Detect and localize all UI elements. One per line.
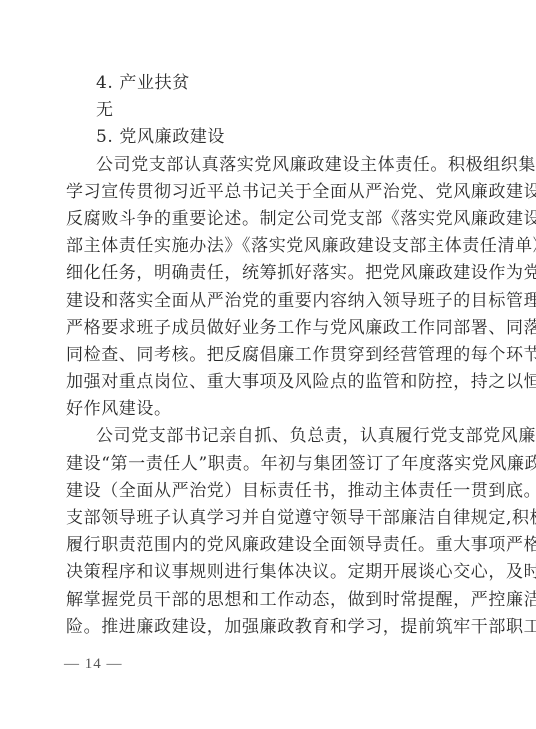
text-line: 建设（全面从严治党）目标责任书，推动主体责任一贯到底。党 (66, 478, 452, 505)
heading-line: 5. 党风廉政建设 (66, 124, 452, 151)
text-line: 支部领导班子认真学习并自觉遵守领导干部廉洁自律规定,积极 (66, 505, 452, 532)
text-line: 险。推进廉政建设，加强廉政教育和学习，提前筑牢干部职工廉 (66, 614, 452, 641)
text-line: 建设和落实全面从严治党的重要内容纳入领导班子的目标管理， (66, 288, 452, 315)
heading-line: 无 (66, 97, 452, 124)
page-number: — 14 — (64, 656, 123, 673)
text-line: 解掌握党员干部的思想和工作动态，做到时常提醒，严控廉洁风 (66, 587, 452, 614)
text-line: 决策程序和议事规则进行集体决议。定期开展谈心交心，及时了 (66, 559, 452, 586)
text-line: 同检查、同考核。把反腐倡廉工作贯穿到经营管理的每个环节， (66, 342, 452, 369)
text-line: 履行职责范围内的党风廉政建设全面领导责任。重大事项严格按 (66, 532, 452, 559)
text-line: 建设“第一责任人”职责。年初与集团签订了年度落实党风廉政 (66, 451, 452, 478)
text-line: 公司党支部认真落实党风廉政建设主体责任。积极组织集中 (66, 152, 452, 179)
text-line: 部主体责任实施办法》《落实党风廉政建设支部主体责任清单》， (66, 233, 452, 260)
text-line: 细化任务，明确责任，统筹抓好落实。把党风廉政建设作为党的 (66, 260, 452, 287)
text-line: 学习宣传贯彻习近平总书记关于全面从严治党、党风廉政建设和 (66, 179, 452, 206)
text-line: 加强对重点岗位、重大事项及风险点的监管和防控，持之以恒抓 (66, 369, 452, 396)
text-line: 好作风建设。 (66, 396, 452, 423)
text-line: 严格要求班子成员做好业务工作与党风廉政工作同部署、同落实、 (66, 315, 452, 342)
text-line: 反腐败斗争的重要论述。制定公司党支部《落实党风廉政建设支 (66, 206, 452, 233)
heading-line: 4. 产业扶贫 (66, 70, 452, 97)
document-body: 4. 产业扶贫无5. 党风廉政建设公司党支部认真落实党风廉政建设主体责任。积极组… (66, 70, 452, 641)
text-line: 公司党支部书记亲自抓、负总责，认真履行党支部党风廉政 (66, 423, 452, 450)
